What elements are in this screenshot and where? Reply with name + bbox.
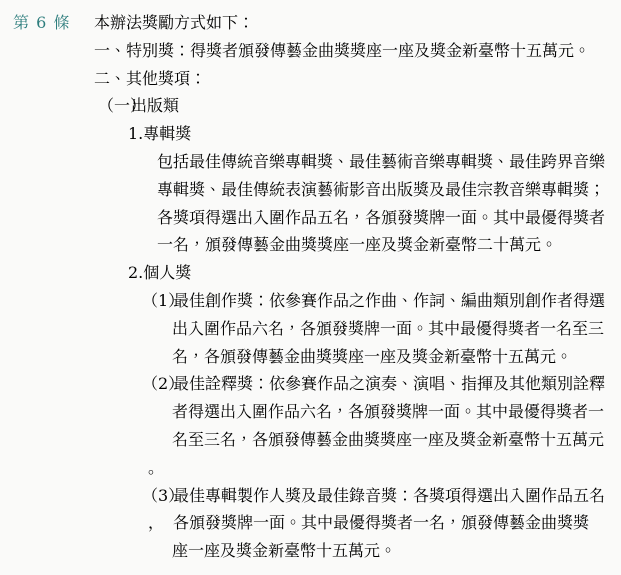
doc-line: 名至三名，各頒發傳藝金曲獎獎座一座及獎金新臺幣十五萬元 <box>0 426 621 454</box>
doc-line: 專輯獎、最佳傳統表演藝術影音出版獎及最佳宗教音樂專輯獎； <box>0 176 621 204</box>
doc-line: 。 <box>0 454 621 482</box>
doc-line: （1） 最佳創作獎：依參賽作品之作曲、作詞、編曲類別創作者得選 <box>0 287 621 315</box>
article-number: 第 6 條 <box>13 9 70 37</box>
line-text: 一名，頒發傳藝金曲獎獎座一座及獎金新臺幣二十萬元。 <box>157 231 557 259</box>
doc-line: 2.個人獎 <box>0 259 621 287</box>
doc-line: 第 6 條 本辦法獎勵方式如下： <box>0 9 621 37</box>
doc-line: （3） 最佳專輯製作人獎及最佳錄音獎：各獎項得選出入圍作品五名 <box>0 482 621 510</box>
line-text: 出版類 <box>131 92 179 120</box>
line-text: 出入圍作品六名，各頒發獎牌一面。其中最優得獎者一名至三 <box>172 315 604 343</box>
doc-line: 包括最佳傳統音樂專輯獎、最佳藝術音樂專輯獎、最佳跨界音樂 <box>0 148 621 176</box>
line-text: 二、其他獎項： <box>94 65 206 93</box>
line-text: 座一座及獎金新臺幣十五萬元。 <box>172 537 396 565</box>
doc-line: 者得選出入圍作品六名，各頒發獎牌一面。其中最優得獎者一 <box>0 398 621 426</box>
doc-line: 名，各頒發傳藝金曲獎獎座一座及獎金新臺幣十五萬元。 <box>0 343 621 371</box>
line-text: 名至三名，各頒發傳藝金曲獎獎座一座及獎金新臺幣十五萬元 <box>172 426 604 454</box>
doc-line: ， 各頒發獎牌一面。其中最優得獎者一名，頒發傳藝金曲獎獎 <box>0 509 621 537</box>
article-clause: 第 6 條 本辦法獎勵方式如下： 一、特別獎：得獎者頒發傳藝金曲獎獎座一座及獎金… <box>0 0 621 575</box>
line-text: 1.專輯獎 <box>128 120 191 148</box>
line-text: 最佳專輯製作人獎及最佳錄音獎：各獎項得選出入圍作品五名 <box>173 482 605 510</box>
doc-line: 二、其他獎項： <box>0 65 621 93</box>
doc-line: 一名，頒發傳藝金曲獎獎座一座及獎金新臺幣二十萬元。 <box>0 231 621 259</box>
line-text: 2.個人獎 <box>128 259 191 287</box>
line-text: 包括最佳傳統音樂專輯獎、最佳藝術音樂專輯獎、最佳跨界音樂 <box>157 148 605 176</box>
line-text: 各頒發獎牌一面。其中最優得獎者一名，頒發傳藝金曲獎獎 <box>173 509 589 537</box>
line-text: 專輯獎、最佳傳統表演藝術影音出版獎及最佳宗教音樂專輯獎； <box>157 176 605 204</box>
line-text: 名，各頒發傳藝金曲獎獎座一座及獎金新臺幣十五萬元。 <box>172 343 572 371</box>
line-text: 本辦法獎勵方式如下： <box>94 9 254 37</box>
page: { "page": { "background_color": "#FAFAF9… <box>0 0 621 575</box>
doc-line: 一、特別獎：得獎者頒發傳藝金曲獎獎座一座及獎金新臺幣十五萬元。 <box>0 37 621 65</box>
doc-line: 1.專輯獎 <box>0 120 621 148</box>
line-text: 一、特別獎：得獎者頒發傳藝金曲獎獎座一座及獎金新臺幣十五萬元。 <box>94 37 590 65</box>
line-text: 最佳詮釋獎：依參賽作品之演奏、演唱、指揮及其他類別詮釋 <box>173 370 605 398</box>
doc-line: 座一座及獎金新臺幣十五萬元。 <box>0 537 621 565</box>
line-text: 。 <box>148 454 164 482</box>
line-text: 者得選出入圍作品六名，各頒發獎牌一面。其中最優得獎者一 <box>172 398 604 426</box>
leading-punctuation: ， <box>148 509 164 537</box>
doc-line: （2） 最佳詮釋獎：依參賽作品之演奏、演唱、指揮及其他類別詮釋 <box>0 370 621 398</box>
doc-line: 各獎項得選出入圍作品五名，各頒發獎牌一面。其中最優得獎者 <box>0 204 621 232</box>
doc-line: 出入圍作品六名，各頒發獎牌一面。其中最優得獎者一名至三 <box>0 315 621 343</box>
doc-line: （一） 出版類 <box>0 92 621 120</box>
line-text: 最佳創作獎：依參賽作品之作曲、作詞、編曲類別創作者得選 <box>173 287 605 315</box>
line-text: 各獎項得選出入圍作品五名，各頒發獎牌一面。其中最優得獎者 <box>157 204 605 232</box>
